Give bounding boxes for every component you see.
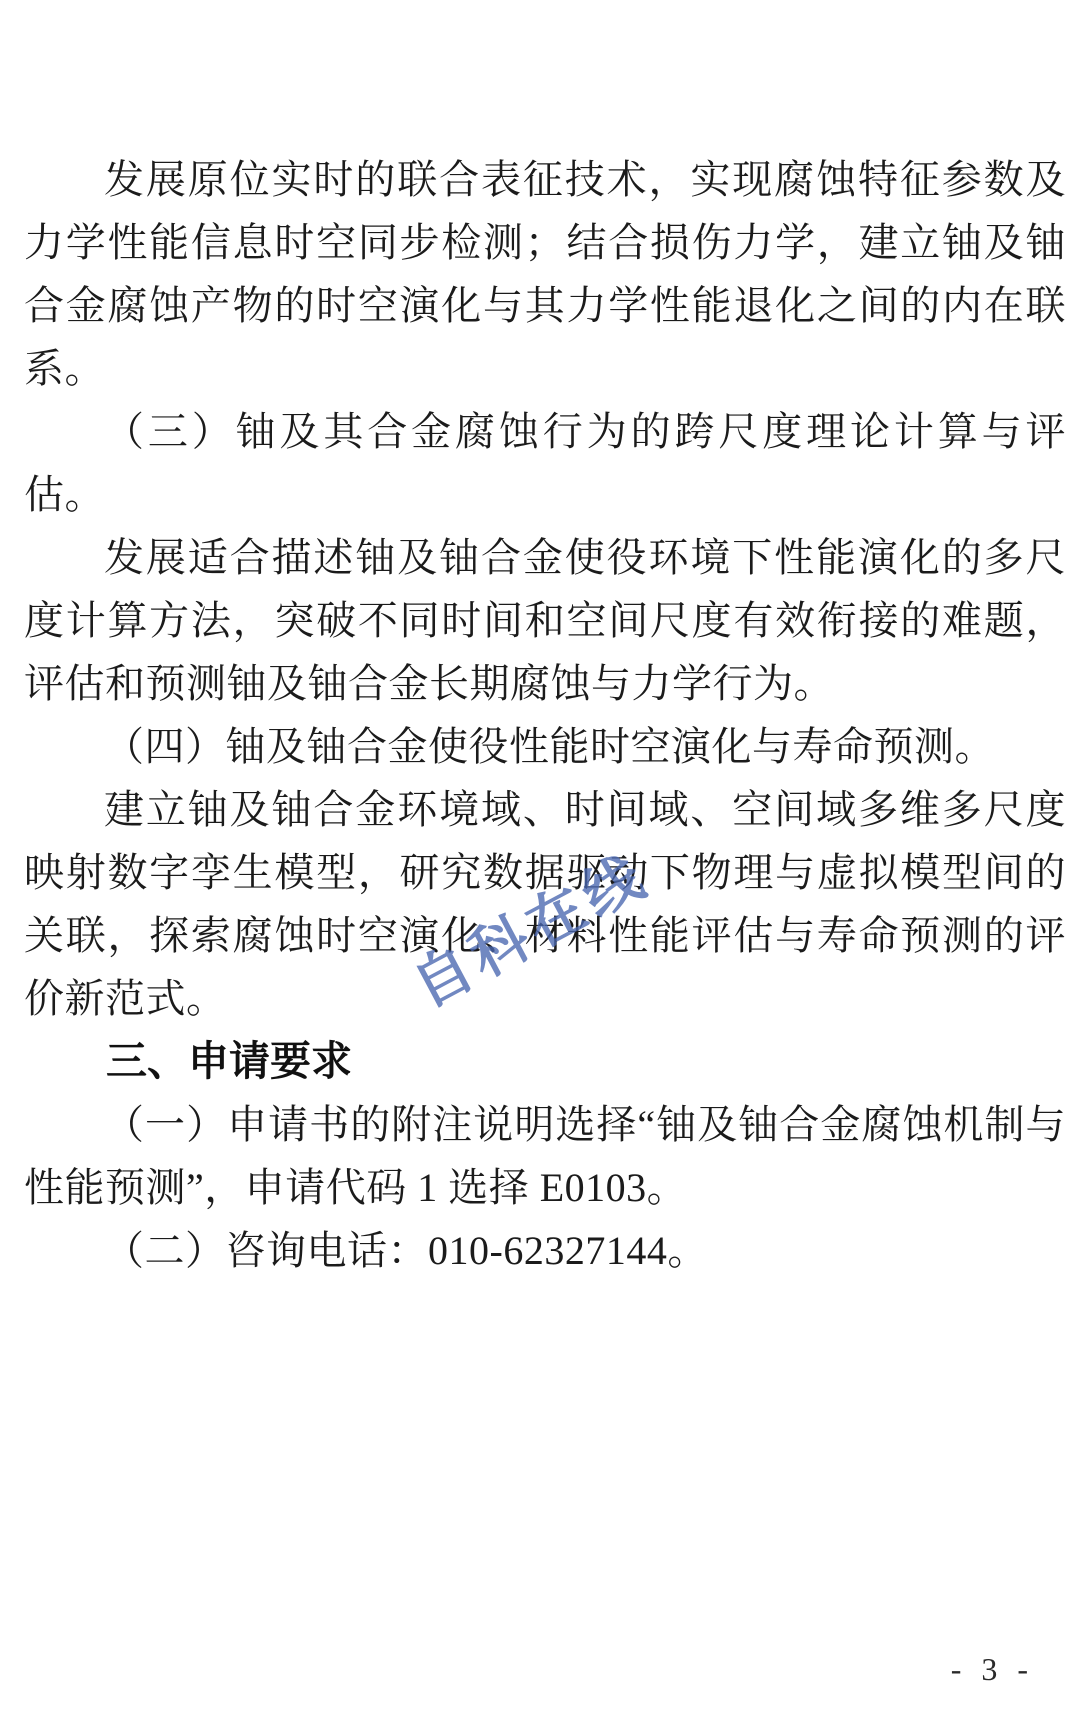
heading-application-requirements: 三、申请要求 bbox=[24, 1030, 1066, 1093]
paragraph-characterization-tech: 发展原位实时的联合表征技术，实现腐蚀特征参数及力学性能信息时空同步检测；结合损伤… bbox=[24, 148, 1066, 400]
paragraph-consultation-phone: （二）咨询电话：010-62327144。 bbox=[24, 1219, 1066, 1282]
section-item-4-lifetime-prediction: （四）铀及铀合金使役性能时空演化与寿命预测。 bbox=[24, 715, 1066, 778]
page-number: - 3 - bbox=[951, 1651, 1034, 1688]
document-body: 发展原位实时的联合表征技术，实现腐蚀特征参数及力学性能信息时空同步检测；结合损伤… bbox=[24, 148, 1066, 1282]
paragraph-application-code-note: （一）申请书的附注说明选择“铀及铀合金腐蚀机制与性能预测”，申请代码 1 选择 … bbox=[24, 1093, 1066, 1219]
paragraph-multiscale-computation: 发展适合描述铀及铀合金使役环境下性能演化的多尺度计算方法，突破不同时间和空间尺度… bbox=[24, 526, 1066, 715]
section-item-3-cross-scale-theory: （三）铀及其合金腐蚀行为的跨尺度理论计算与评估。 bbox=[24, 400, 1066, 526]
paragraph-digital-twin-model: 建立铀及铀合金环境域、时间域、空间域多维多尺度映射数字孪生模型，研究数据驱动下物… bbox=[24, 778, 1066, 1030]
document-page: 发展原位实时的联合表征技术，实现腐蚀特征参数及力学性能信息时空同步检测；结合损伤… bbox=[0, 0, 1080, 1714]
